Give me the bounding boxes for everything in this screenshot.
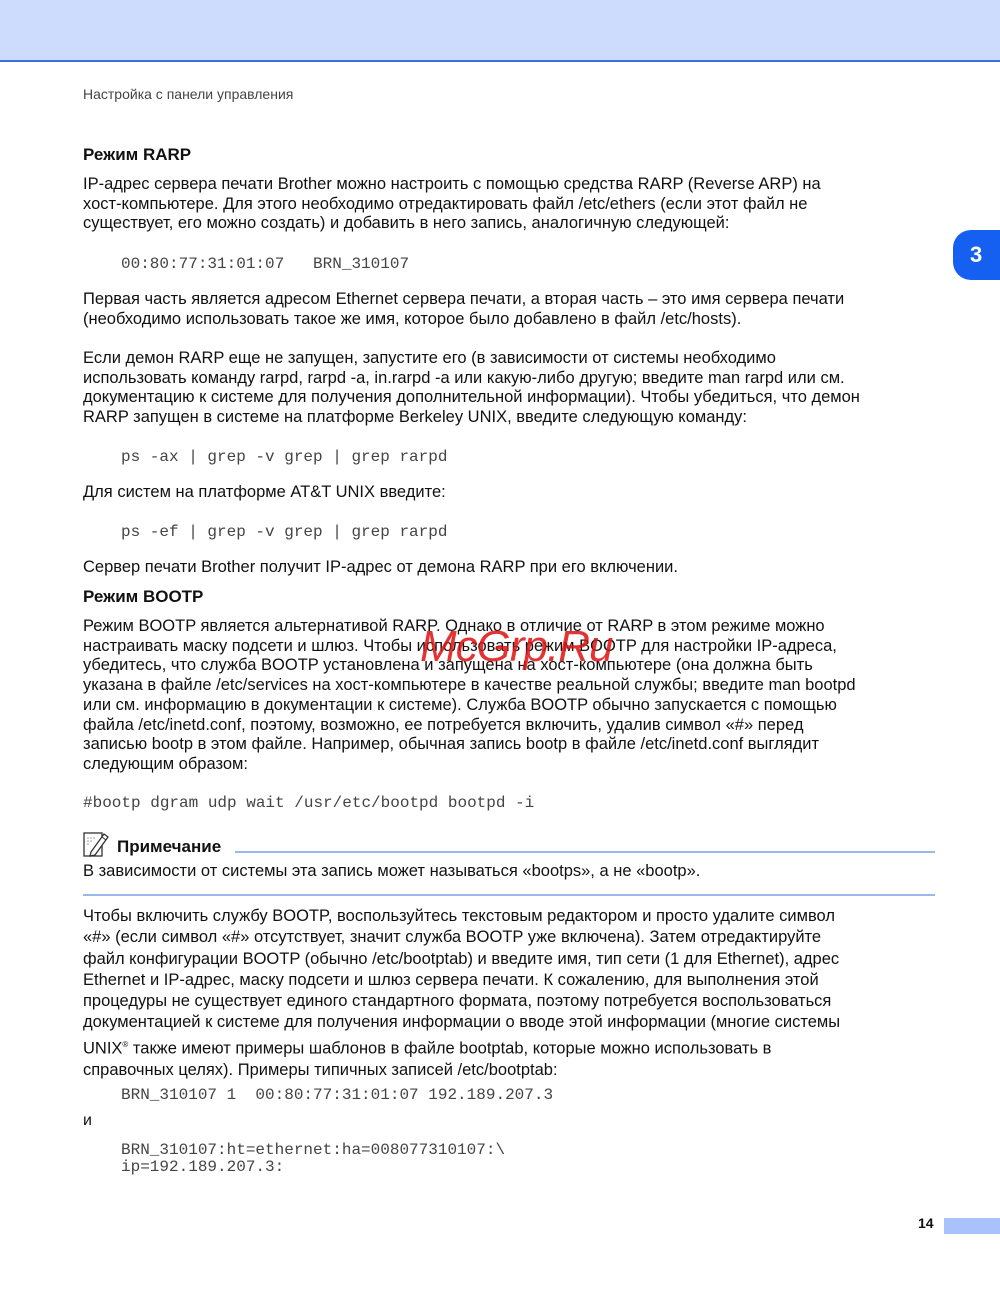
bootp-para2: Чтобы включить службу BOOTP, воспользуйт… — [83, 906, 943, 1081]
unix-text: UNIX — [83, 1039, 122, 1057]
section-title-rarp: Режим RARP — [83, 145, 191, 165]
note-header: Примечание — [83, 830, 935, 863]
code-ethers-entry: 00:80:77:31:01:07 BRN_310107 — [121, 256, 409, 273]
note-title: Примечание — [117, 837, 221, 857]
rarp-para4: Для систем на платформе AT&T UNIX введит… — [83, 483, 446, 503]
bootp-para2-cont: также имеют примеры шаблонов в файле boo… — [128, 1039, 771, 1057]
chapter-tab[interactable]: 3 — [953, 230, 1000, 280]
running-header: Настройка с панели управления — [83, 86, 293, 102]
rarp-para5: Сервер печати Brother получит IP-адрес о… — [83, 558, 678, 578]
header-band — [0, 0, 1000, 62]
page-number: 14 — [918, 1215, 934, 1231]
code-bootptab-2: BRN_310107:ht=ethernet:ha=008077310107:\… — [121, 1142, 505, 1176]
note-pencil-icon — [83, 830, 109, 863]
note-text: В зависимости от системы эта запись може… — [83, 862, 700, 882]
rarp-intro: IP-адрес сервера печати Brother можно на… — [83, 175, 821, 234]
code-ps-ef: ps -ef | grep -v grep | grep rarpd — [121, 524, 447, 541]
section-title-bootp: Режим BOOTP — [83, 587, 203, 607]
code-inetd-entry: #bootp dgram udp wait /usr/etc/bootpd bo… — [83, 795, 534, 812]
note-divider-bottom — [83, 894, 935, 896]
watermark: McGrp.Ru — [420, 622, 612, 672]
code-bootptab-1: BRN_310107 1 00:80:77:31:01:07 192.189.2… — [121, 1087, 553, 1104]
bootp-para2-text: Чтобы включить службу BOOTP, воспользуйт… — [83, 907, 840, 1031]
page-footer-bar — [944, 1218, 1000, 1234]
note-divider-top — [235, 851, 935, 853]
code-ps-ax: ps -ax | grep -v grep | grep rarpd — [121, 449, 447, 466]
rarp-para2: Первая часть является адресом Ethernet с… — [83, 290, 844, 329]
rarp-para3: Если демон RARP еще не запущен, запустит… — [83, 349, 860, 428]
bootp-para2-end: справочных целях). Примеры типичных запи… — [83, 1061, 558, 1079]
conjunction-and: и — [83, 1112, 92, 1130]
